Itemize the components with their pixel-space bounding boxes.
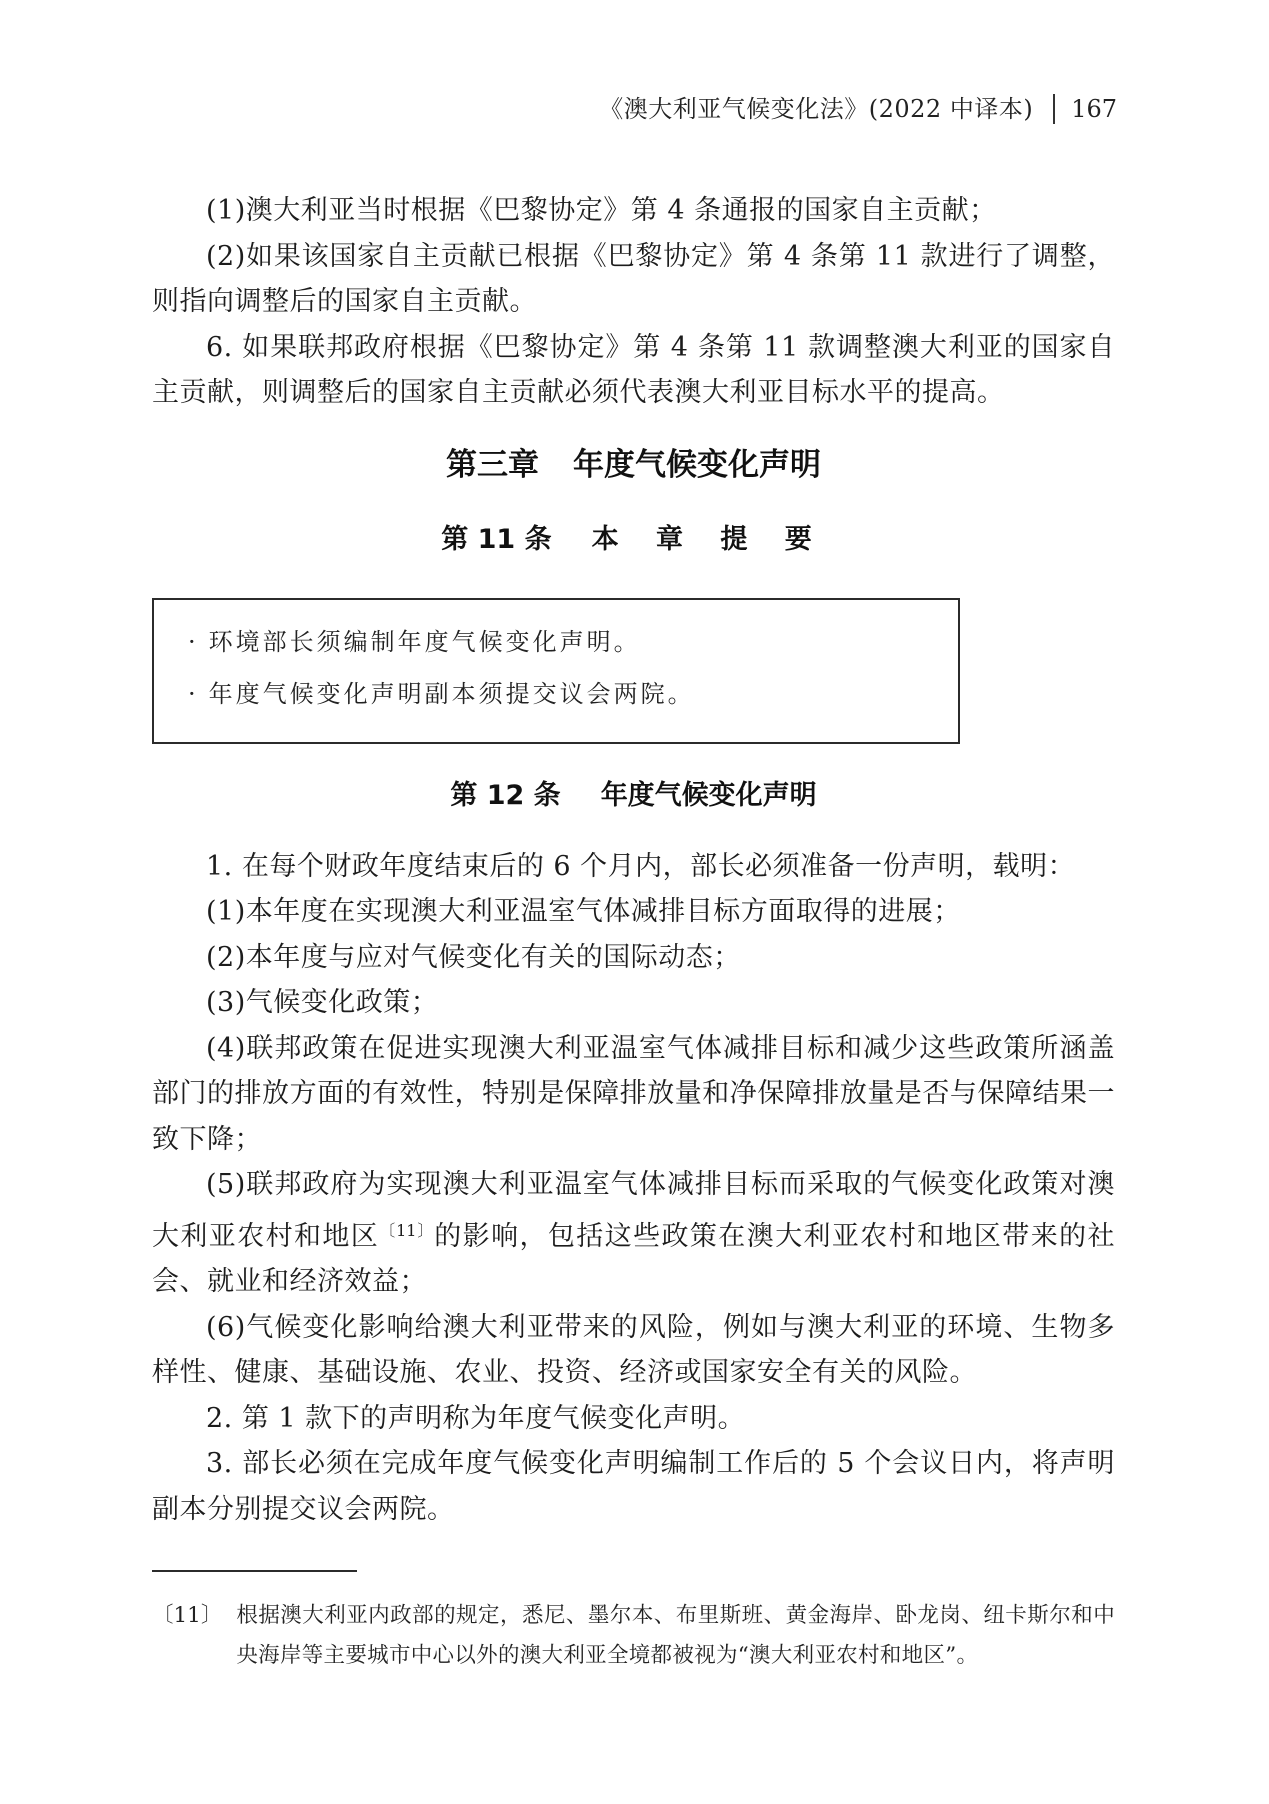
footnote-divider	[152, 1570, 357, 1572]
page-number: 167	[1071, 94, 1117, 124]
book-title: 《澳大利亚气候变化法》(2022 中译本)	[599, 94, 1033, 124]
paragraph: 3. 部长必须在完成年度气候变化声明编制工作后的 5 个会议日内，将声明副本分别…	[152, 1441, 1115, 1532]
paragraph: (5)联邦政府为实现澳大利亚温室气体减排目标而采取的气候变化政策对澳大利亚农村和…	[152, 1162, 1115, 1305]
footnote-ref: 〔11〕	[379, 1221, 434, 1240]
paragraph: (2)如果该国家自主贡献已根据《巴黎协定》第 4 条第 11 款进行了调整，则指…	[152, 234, 1115, 325]
chapter-heading: 第三章年度气候变化声明	[152, 442, 1115, 488]
section-12-number: 第 12 条	[450, 780, 560, 811]
footnote: 〔11〕 根据澳大利亚内政部的规定，悉尼、墨尔本、布里斯班、黄金海岸、卧龙岗、纽…	[152, 1596, 1115, 1676]
running-header: 《澳大利亚气候变化法》(2022 中译本) 167	[599, 94, 1117, 124]
bullet-dot-icon: ·	[188, 668, 199, 720]
footnote-text: 根据澳大利亚内政部的规定，悉尼、墨尔本、布里斯班、黄金海岸、卧龙岗、纽卡斯尔和中…	[236, 1596, 1115, 1676]
text-column: (1)澳大利亚当时根据《巴黎协定》第 4 条通报的国家自主贡献；(2)如果该国家…	[152, 188, 1115, 1676]
section-12-heading: 第 12 条年度气候变化声明	[152, 776, 1115, 816]
bullet-dot-icon: ·	[188, 616, 199, 668]
chapter-title: 年度气候变化声明	[573, 447, 821, 483]
footnote-label: 〔11〕	[152, 1596, 222, 1676]
section-11-heading: 第 11 条本 章 提 要	[152, 520, 1115, 560]
top-paragraphs: (1)澳大利亚当时根据《巴黎协定》第 4 条通报的国家自主贡献；(2)如果该国家…	[152, 188, 1115, 416]
bullet-text: 环境部长须编制年度气候变化声明。	[209, 628, 641, 656]
summary-box: ·环境部长须编制年度气候变化声明。·年度气候变化声明副本须提交议会两院。	[152, 598, 960, 744]
summary-bullet: ·年度气候变化声明副本须提交议会两院。	[188, 668, 938, 720]
paragraph: 6. 如果联邦政府根据《巴黎协定》第 4 条第 11 款调整澳大利亚的国家自主贡…	[152, 325, 1115, 416]
section-11-title: 本 章 提 要	[592, 524, 826, 555]
paragraph: (1)本年度在实现澳大利亚温室气体减排目标方面取得的进展；	[152, 889, 1115, 935]
paragraph: (1)澳大利亚当时根据《巴黎协定》第 4 条通报的国家自主贡献；	[152, 188, 1115, 234]
header-divider	[1053, 94, 1055, 124]
chapter-number: 第三章	[446, 447, 539, 483]
paragraph: (2)本年度与应对气候变化有关的国际动态；	[152, 935, 1115, 981]
paragraph: (3)气候变化政策；	[152, 980, 1115, 1026]
summary-bullet: ·环境部长须编制年度气候变化声明。	[188, 616, 938, 668]
section-11-number: 第 11 条	[441, 524, 551, 555]
bullet-text: 年度气候变化声明副本须提交议会两院。	[209, 680, 695, 708]
main-paragraphs: 1. 在每个财政年度结束后的 6 个月内，部长必须准备一份声明，载明：(1)本年…	[152, 844, 1115, 1533]
paragraph: (6)气候变化影响给澳大利亚带来的风险，例如与澳大利亚的环境、生物多样性、健康、…	[152, 1305, 1115, 1396]
section-12-title: 年度气候变化声明	[601, 780, 817, 811]
paragraph: 1. 在每个财政年度结束后的 6 个月内，部长必须准备一份声明，载明：	[152, 844, 1115, 890]
paragraph: 2. 第 1 款下的声明称为年度气候变化声明。	[152, 1396, 1115, 1442]
document-page: 《澳大利亚气候变化法》(2022 中译本) 167 (1)澳大利亚当时根据《巴黎…	[0, 0, 1269, 1804]
paragraph: (4)联邦政策在促进实现澳大利亚温室气体减排目标和减少这些政策所涵盖部门的排放方…	[152, 1026, 1115, 1163]
